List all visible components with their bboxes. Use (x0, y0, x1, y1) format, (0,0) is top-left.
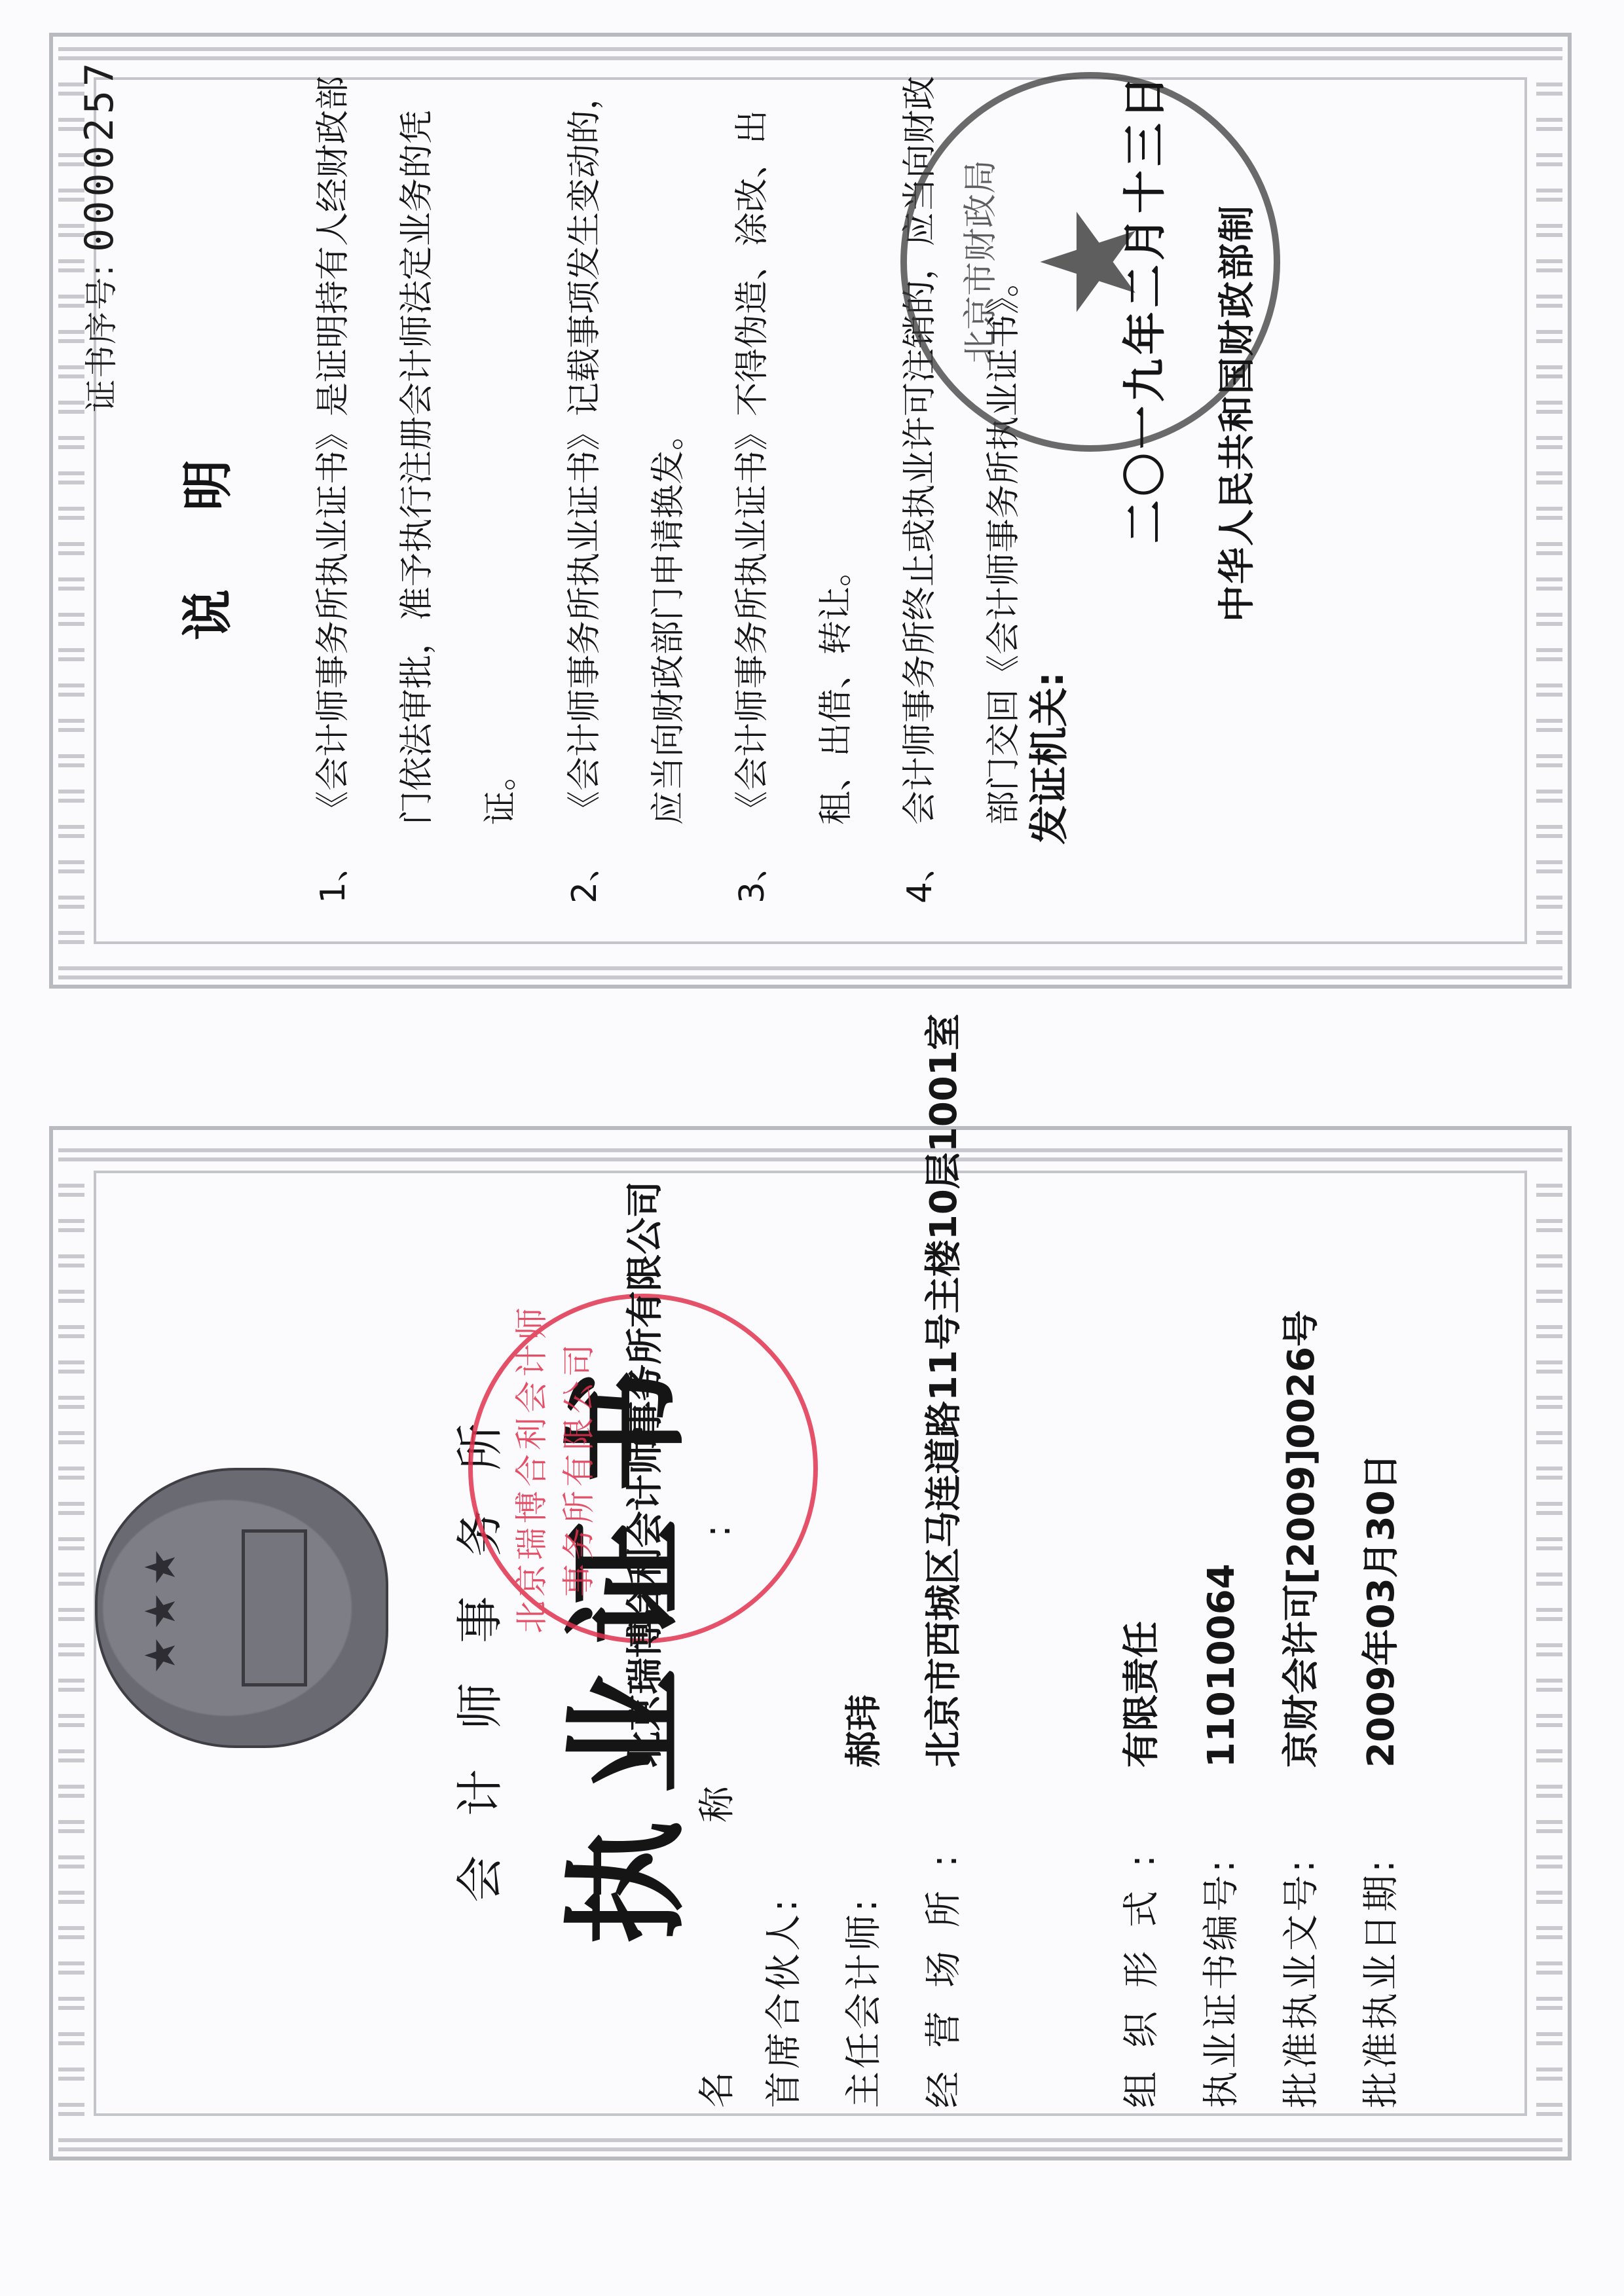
field-label: 首席合伙人: (745, 1768, 824, 2108)
field-label: 执业证书编号: (1182, 1768, 1262, 2108)
field-approval-date: 批准执业日期: 2009年03月30日 (1342, 1165, 1422, 2108)
serial-number: 0000257 (77, 59, 122, 252)
note-text: 《会计师事务所执业证书》不得伪造、涂改、出租、出借、转让。 (710, 72, 878, 825)
field-label: 批准执业日期: (1342, 1768, 1422, 2108)
notes-panel: 证书序号: 0000257 说明 1、 《会计师事务所执业证书》是证明持有人经财… (49, 33, 1572, 989)
issuer-label: 发证机关: (1018, 672, 1075, 845)
field-value: 郝玮 (824, 1694, 904, 1768)
note-index: 2、 (543, 825, 710, 903)
certificate-panel: ★★★ 会计师事务所 执业证书 北京瑞博合利会计师事务所有限公司 名称: 北京瑞… (49, 1126, 1572, 2160)
note-text: 《会计师事务所执业证书》是证明持有人经财政部门依法审批，准予执行注册会计师法定业… (291, 72, 543, 825)
note-index: 3、 (710, 825, 878, 903)
note-item: 3、 《会计师事务所执业证书》不得伪造、涂改、出租、出借、转让。 (710, 72, 878, 903)
field-value: 2009年03月30日 (1342, 1453, 1422, 1768)
firm-seal-text: 北京瑞博合利会计师事务所有限公司 (506, 1298, 600, 1639)
field-label: 组织形式: (1102, 1768, 1182, 2108)
field-label: 经营场所: (904, 1768, 984, 2108)
ministry-line: 中华人民共和国财政部制 (1208, 204, 1261, 622)
national-emblem-icon: ★★★ (95, 1468, 388, 1748)
field-business-address: 经营场所: 北京市西城区马连道路11号主楼10层1001室 (904, 1165, 984, 2108)
field-label: 批准执业文号: (1262, 1768, 1342, 2108)
field-value: 11010064 (1182, 1563, 1262, 1768)
note-item: 1、 《会计师事务所执业证书》是证明持有人经财政部门依法审批，准予执行注册会计师… (291, 72, 543, 903)
certificate-fields: 名称: 北京瑞博合利会计师事务所有限公司 首席合伙人: 主任会计师: 郝玮 经营… (678, 1165, 1422, 2108)
field-value: 有限责任 (1102, 1621, 1182, 1768)
field-value: 京财会许可[2009]0026号 (1262, 1310, 1342, 1768)
gate-icon (242, 1529, 307, 1686)
field-label: 主任会计师: (824, 1768, 904, 2108)
field-chief-partner: 首席合伙人: (745, 1165, 824, 2108)
field-chief-accountant: 主任会计师: 郝玮 (824, 1165, 904, 2108)
field-value: 北京瑞博合利会计师事务所有限公司 (606, 1181, 686, 1768)
stars-icon: ★★★ (137, 1470, 185, 1745)
note-text: 《会计师事务所执业证书》记载事项发生变动的，应当向财政部门申请换发。 (543, 72, 710, 825)
serial-label: 证书序号: (83, 264, 120, 412)
field-certificate-number: 执业证书编号: 11010064 (1182, 1165, 1262, 2108)
field-value: 北京市西城区马连道路11号主楼10层1001室 (904, 1013, 984, 1768)
issue-date: 二〇一九年二月十三日 (1110, 72, 1172, 543)
issuer-seal-text: 北京市财政局 (953, 79, 1002, 445)
certificate-serial: 证书序号: 0000257 (75, 59, 122, 412)
note-index: 1、 (291, 825, 543, 903)
note-item: 2、 《会计师事务所执业证书》记载事项发生变动的，应当向财政部门申请换发。 (543, 72, 710, 903)
field-organization-form: 组织形式: 有限责任 (1102, 1165, 1182, 2108)
certificate-subtitle: 会计师事务所 (442, 1126, 510, 2160)
field-approval-document: 批准执业文号: 京财会许可[2009]0026号 (1262, 1165, 1342, 2108)
notes-title: 说明 (167, 33, 240, 989)
